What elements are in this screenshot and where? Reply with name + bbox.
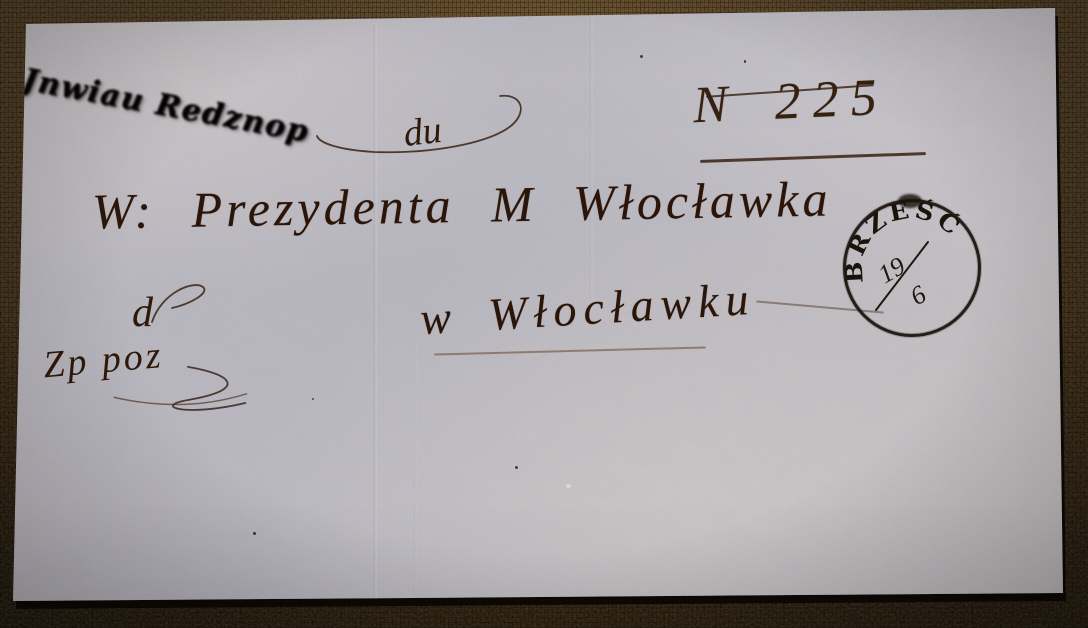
postmark-day: 19 bbox=[873, 251, 910, 289]
paper-speck bbox=[640, 55, 643, 58]
letter-cover-paper: Jnwiau Redznop du N 225 W: Prezydenta M … bbox=[0, 0, 1088, 628]
cover-photo: Jnwiau Redznop du N 225 W: Prezydenta M … bbox=[0, 0, 1088, 628]
annotation-expedition: Zp poz bbox=[30, 318, 300, 433]
docket-number: N 225 bbox=[692, 68, 890, 135]
paper-crease bbox=[414, 340, 417, 595]
paper-speck bbox=[566, 484, 571, 488]
courtesy-note-text: du bbox=[401, 109, 444, 155]
courtesy-note-flourish: du bbox=[312, 92, 542, 172]
paper-speck bbox=[253, 532, 256, 535]
paper-speck bbox=[312, 398, 314, 400]
annotation-expedition-text: Zp poz bbox=[41, 334, 165, 386]
postmark-month: 6 bbox=[905, 280, 931, 312]
paper-speck bbox=[744, 60, 746, 63]
paper-speck bbox=[515, 466, 518, 469]
postmark-brzesc: BRZEŚĆ 19 6 bbox=[830, 186, 995, 351]
paper-crease bbox=[590, 8, 593, 308]
